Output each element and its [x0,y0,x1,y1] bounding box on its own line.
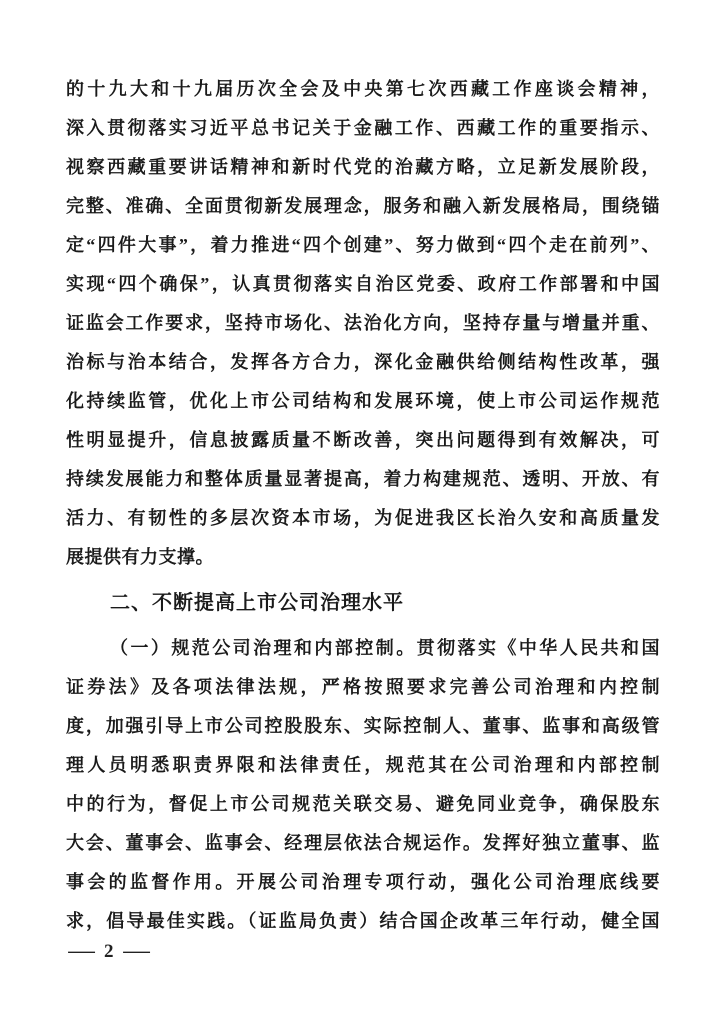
paragraph-1: 的十九大和十九届历次全会及中央第七次西藏工作座谈会精神， 深入贯彻落实习近平总书… [66,70,660,577]
body-text-line: 理人员明悉职责界限和法律责任，规范其在公司治理和内部控制 [66,746,660,785]
footer-dash-left: — [68,941,95,963]
body-text-line: 实现“四个确保”，认真贯彻落实自治区党委、政府工作部署和中国 [66,265,660,304]
body-text-line: 大会、董事会、监事会、经理层依法合规运作。发挥好独立董事、监 [66,824,660,863]
document-body: 的十九大和十九届历次全会及中央第七次西藏工作座谈会精神， 深入贯彻落实习近平总书… [66,70,660,941]
body-text-line: 视察西藏重要讲话精神和新时代党的治藏方略，立足新发展阶段， [66,148,660,187]
body-text-line: 持续发展能力和整体质量显著提高，着力构建规范、透明、开放、有 [66,460,660,499]
body-text-line: 活力、有韧性的多层次资本市场，为促进我区长治久安和高质量发 [66,499,660,538]
body-text-line: 的十九大和十九届历次全会及中央第七次西藏工作座谈会精神， [66,70,660,109]
body-text-line: 治标与治本结合，发挥各方合力，深化金融供给侧结构性改革，强 [66,343,660,382]
body-text-line: 性明显提升，信息披露质量不断改善，突出问题得到有效解决，可 [66,421,660,460]
page-number: 2 [104,941,114,963]
footer-dash-right: — [123,941,150,963]
body-text-line: 度，加强引导上市公司控股股东、实际控制人、董事、监事和高级管 [66,707,660,746]
section-heading: 二、不断提高上市公司治理水平 [66,584,660,623]
document-page: 的十九大和十九届历次全会及中央第七次西藏工作座谈会精神， 深入贯彻落实习近平总书… [0,0,726,1013]
body-text-line: （一）规范公司治理和内部控制。贯彻落实《中华人民共和国 [66,629,660,668]
body-text-line: 中的行为，督促上市公司规范关联交易、避免同业竞争，确保股东 [66,785,660,824]
page-footer: — 2 — [72,941,146,963]
body-text-line: 证券法》及各项法律法规，严格按照要求完善公司治理和内控制 [66,668,660,707]
body-text-line: 完整、准确、全面贯彻新发展理念，服务和融入新发展格局，围绕锚 [66,187,660,226]
paragraph-2: （一）规范公司治理和内部控制。贯彻落实《中华人民共和国 证券法》及各项法律法规，… [66,629,660,941]
body-text-line: 定“四件大事”，着力推进“四个创建”、努力做到“四个走在前列”、 [66,226,660,265]
body-text-line: 展提供有力支撑。 [66,538,660,577]
body-text-line: 深入贯彻落实习近平总书记关于金融工作、西藏工作的重要指示、 [66,109,660,148]
body-text-line: 求，倡导最佳实践。（证监局负责）结合国企改革三年行动，健全国 [66,902,660,941]
body-text-line: 化持续监管，优化上市公司结构和发展环境，使上市公司运作规范 [66,382,660,421]
body-text-line: 事会的监督作用。开展公司治理专项行动，强化公司治理底线要 [66,863,660,902]
body-text-line: 证监会工作要求，坚持市场化、法治化方向，坚持存量与增量并重、 [66,304,660,343]
